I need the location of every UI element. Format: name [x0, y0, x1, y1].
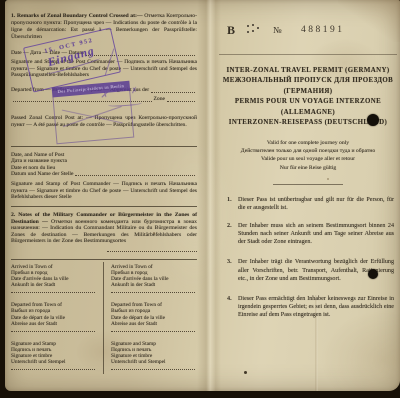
police-stamp-mid-marks: · · ·: [58, 99, 76, 106]
number-underline: [219, 54, 397, 55]
title-en: INTER-ZONAL TRAVEL PERMIT (GERMANY): [217, 66, 399, 76]
perforation-dots-icon: [247, 24, 263, 36]
section2-heading: 2. Notes of the Military Commander or Bü…: [11, 212, 197, 245]
signature-de: Unterschrift und Stempel: [111, 359, 197, 365]
condition-1: 1. Dieser Pass ist unübertragbar und gil…: [227, 196, 394, 212]
center-rule: [273, 184, 343, 185]
date-post-fill-line: [75, 175, 195, 176]
signature-block: Signature and Stamp Подпись и печать Sig…: [11, 341, 97, 370]
condition-2-text: Der Inhaber muss sich an seinem Bestimmu…: [238, 222, 394, 246]
entry-line: [11, 368, 95, 370]
punch-hole: [368, 269, 378, 279]
numero-sign: №: [273, 25, 282, 35]
paper-sheet: 1. Remarks of Zonal Boundary Control Cro…: [5, 0, 400, 391]
departed-de: Abreise aus der Stadt: [11, 321, 97, 327]
condition-3-number: 3.: [227, 258, 238, 282]
arrived-block: Arrived in Town of Прибыл в город Date d…: [111, 264, 197, 293]
police-office-stamp: Der Polizeipräsident in Berlin · · ·: [52, 81, 135, 146]
series-letter: B: [227, 23, 236, 38]
departed-de: Abreise aus der Stadt: [111, 321, 197, 327]
condition-1-text: Dieser Pass ist unübertragbar und gilt n…: [238, 196, 394, 212]
entry-line: [111, 368, 195, 370]
zone-label: Zone: [154, 96, 166, 103]
signature-block: Signature and Stamp Подпись и печать Sig…: [111, 341, 197, 370]
ink-speck: [244, 371, 247, 374]
title-fr: PERMIS POUR UN VOYAGE INTERZONE: [217, 97, 399, 107]
destination-column-2: Arrived in Town of Прибыл в город Date d…: [111, 264, 197, 379]
date-name-post-block: Date, and Name of Post Дата и название п…: [11, 152, 197, 177]
condition-4-text: Dieser Pass ermächtigt den Inhaber keine…: [238, 295, 394, 319]
entry-line: [11, 291, 95, 293]
validity-en: Valid for one complete journey only: [217, 139, 399, 147]
validity-block: Valid for one complete journey only Дейс…: [217, 139, 399, 172]
entry-line: [111, 291, 195, 293]
date-post-de: Datum und Name der Stelle: [11, 171, 73, 177]
permit-number: 488191: [301, 25, 345, 35]
condition-1-number: 1.: [227, 196, 238, 212]
zone-fill-line-2: [167, 101, 195, 102]
arrived-de: Ankunft in der Stadt: [11, 282, 97, 288]
entry-line: [111, 330, 195, 332]
signature-de: Unterschrift und Stempel: [11, 359, 97, 365]
entry-line: [11, 330, 95, 332]
serial-number-row: B № 488191: [223, 22, 395, 40]
arrived-de: Ankunft in der Stadt: [111, 282, 197, 288]
arrived-block: Arrived in Town of Прибыл в город Date d…: [11, 264, 97, 293]
validity-de: Nur für eine Reise gültig: [217, 164, 399, 172]
condition-2-number: 2.: [227, 222, 238, 246]
departed-block: Departed from Town of Выбыл из города Da…: [111, 302, 197, 331]
divider-line-3: [11, 259, 197, 260]
scanned-travel-permit: 1. Remarks of Zonal Boundary Control Cro…: [0, 0, 400, 398]
divider-line-1: [11, 146, 197, 147]
handwritten-x-mark: ✗: [130, 86, 138, 96]
departed-fill-line: [151, 92, 195, 93]
section1-heading-bold: 1. Remarks of Zonal Boundary Control Cro…: [11, 13, 144, 19]
condition-4-number: 4.: [227, 295, 238, 319]
condition-4: 4. Dieser Pass ermächtigt den Inhaber ke…: [227, 295, 394, 319]
paper-speck: [153, 232, 155, 234]
signature-row-2: Signature and Stamp of Post Commander — …: [11, 181, 197, 201]
date-post-de-row: Datum und Name der Stelle: [11, 171, 197, 177]
condition-2: 2. Der Inhaber muss sich an seinem Besti…: [227, 222, 394, 246]
divider-line-2: [11, 206, 197, 207]
title-ru-2: (ГЕРМАНИЯ): [217, 87, 399, 97]
validity-fr: Valide pour un seul voyage aller et reto…: [217, 155, 399, 163]
destination-column-1: Arrived in Town of Прибыл в город Date d…: [11, 264, 97, 379]
section2-short-line: [107, 251, 197, 252]
stamp-stroke: [63, 106, 122, 128]
paper-speck: [327, 178, 329, 180]
title-ru: МЕЖЗОНАЛЬНЫЙ ПРОПУСК ДЛЯ ПРОЕЗДОВ: [217, 76, 399, 86]
departed-block: Departed from Town of Выбыл из города Da…: [11, 302, 97, 331]
punch-hole: [367, 114, 379, 126]
police-stamp-body: · · ·: [52, 91, 134, 145]
conditions-list: 1. Dieser Pass ist unübertragbar und gil…: [227, 196, 394, 329]
right-page: B № 488191 INTER-ZONAL TRAVEL PERMIT (GE…: [217, 0, 399, 391]
grid-vertical-divider: [103, 262, 104, 374]
validity-ru: Действителен только для одной поездки ту…: [217, 147, 399, 155]
